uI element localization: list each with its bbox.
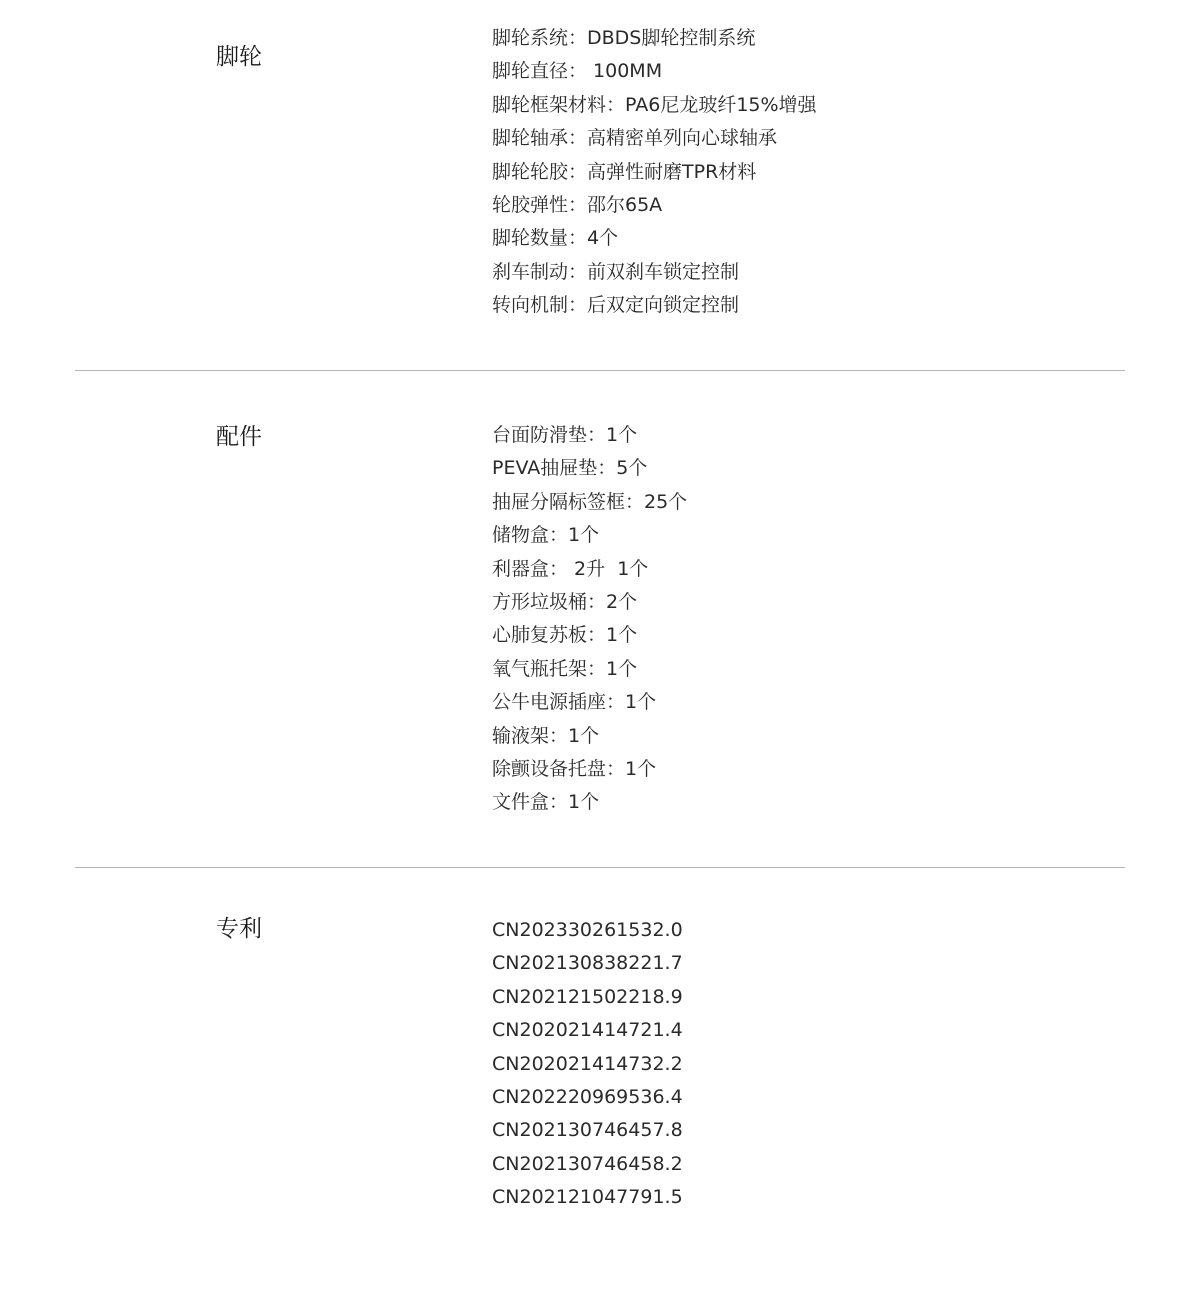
spec-item: 轮胶弹性：邵尔65A (492, 189, 817, 222)
section-divider (75, 370, 1125, 371)
patents-list: CN202330261532.0 CN202130838221.7 CN2021… (492, 914, 683, 1215)
spec-item: 公牛电源插座：1个 (492, 686, 687, 719)
spec-item: 脚轮轮胶：高弹性耐磨TPR材料 (492, 156, 817, 189)
spec-item: 脚轮框架材料：PA6尼龙玻纤15%增强 (492, 89, 817, 122)
spec-item: 储物盒：1个 (492, 519, 687, 552)
patent-number: CN202021414721.4 (492, 1014, 683, 1047)
spec-item: 台面防滑垫：1个 (492, 419, 687, 452)
spec-item: PEVA抽屉垫：5个 (492, 452, 687, 485)
spec-item: 文件盒：1个 (492, 786, 687, 819)
patent-number: CN202130838221.7 (492, 947, 683, 980)
patent-number: CN202130746457.8 (492, 1114, 683, 1147)
patent-number: CN202121502218.9 (492, 981, 683, 1014)
patent-number: CN202330261532.0 (492, 914, 683, 947)
section-divider (75, 867, 1125, 868)
spec-item: 脚轮直径： 100MM (492, 55, 817, 88)
spec-item: 心肺复苏板：1个 (492, 619, 687, 652)
patent-number: CN202220969536.4 (492, 1081, 683, 1114)
section-title-accessories: 配件 (216, 422, 262, 452)
casters-spec-list: 脚轮系统：DBDS脚轮控制系统 脚轮直径： 100MM 脚轮框架材料：PA6尼龙… (492, 22, 817, 323)
section-title-casters: 脚轮 (216, 42, 262, 72)
patent-number: CN202021414732.2 (492, 1048, 683, 1081)
accessories-spec-list: 台面防滑垫：1个 PEVA抽屉垫：5个 抽屉分隔标签框：25个 储物盒：1个 利… (492, 419, 687, 820)
spec-item: 刹车制动：前双刹车锁定控制 (492, 256, 817, 289)
spec-item: 除颤设备托盘：1个 (492, 753, 687, 786)
spec-item: 氧气瓶托架：1个 (492, 653, 687, 686)
spec-item: 脚轮系统：DBDS脚轮控制系统 (492, 22, 817, 55)
spec-item: 利器盒： 2升 1个 (492, 553, 687, 586)
spec-item: 方形垃圾桶：2个 (492, 586, 687, 619)
patent-number: CN202130746458.2 (492, 1148, 683, 1181)
spec-item: 脚轮数量：4个 (492, 222, 817, 255)
spec-item: 输液架：1个 (492, 720, 687, 753)
spec-item: 抽屉分隔标签框：25个 (492, 486, 687, 519)
spec-item: 转向机制：后双定向锁定控制 (492, 289, 817, 322)
spec-item: 脚轮轴承：高精密单列向心球轴承 (492, 122, 817, 155)
section-title-patents: 专利 (216, 914, 262, 944)
patent-number: CN202121047791.5 (492, 1181, 683, 1214)
